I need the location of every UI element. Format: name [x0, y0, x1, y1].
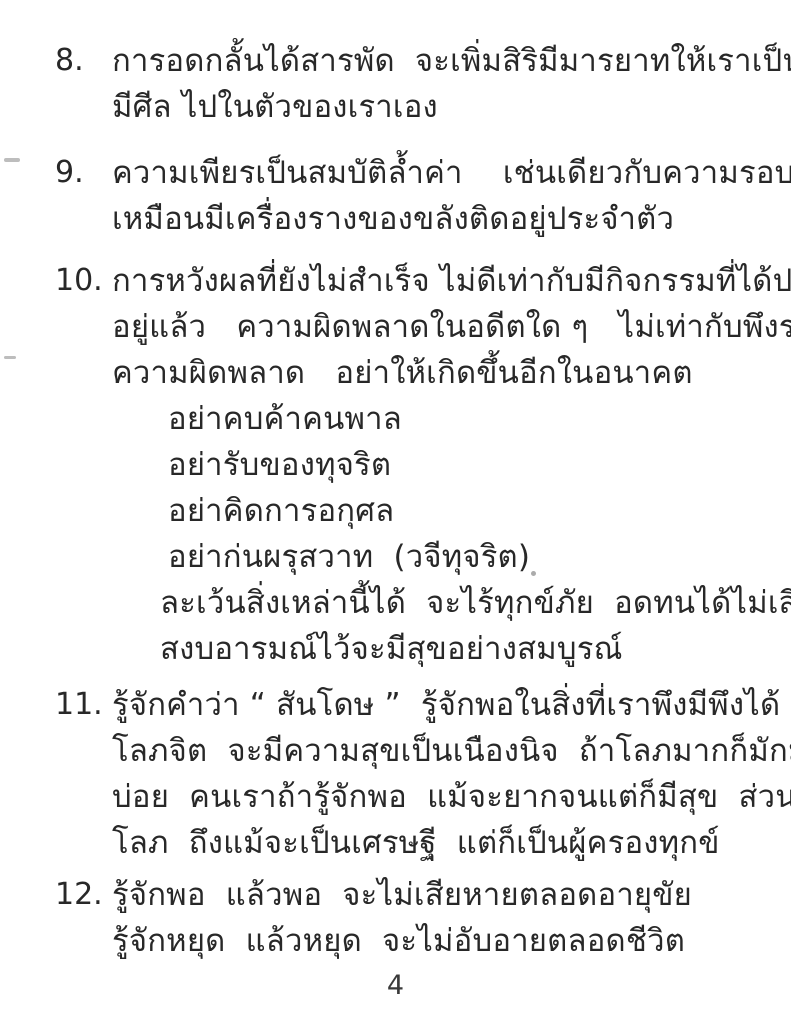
text-line: การอดกลั้นได้สารพัด จะเพิ่มสิริมีมารยาทใ… — [112, 38, 791, 84]
text-line: รู้จักหยุด แล้วหยุด จะไม่อับอายตลอดชีวิต — [112, 918, 791, 964]
item-number: 10. — [55, 258, 103, 304]
text-line-indented: สงบอารมณ์ไว้จะมีสุขอย่างสมบูรณ์ — [160, 626, 791, 672]
text-line: ความผิดพลาด อย่าให้เกิดขึ้นอีกในอนาคต — [112, 350, 791, 396]
item-number: 9. — [55, 150, 84, 196]
item-number: 8. — [55, 38, 84, 84]
item-number: 12. — [55, 872, 103, 918]
document-page: 8. การอดกลั้นได้สารพัด จะเพิ่มสิริมีมารย… — [0, 0, 791, 1024]
text-line-indented: อย่าคิดการอกุศล — [168, 488, 791, 534]
page-number: 4 — [0, 970, 791, 1001]
list-item-9: 9. ความเพียรเป็นสมบัติล้ำค่า เช่นเดียวกั… — [0, 150, 791, 242]
text-line-indented: อย่าก่นผรุสวาท (วจีทุจริต) — [168, 534, 791, 580]
text-line: รู้จักพอ แล้วพอ จะไม่เสียหายตลอดอายุขัย — [112, 872, 791, 918]
list-item-10: 10. การหวังผลที่ยังไม่สำเร็จ ไม่ดีเท่ากั… — [0, 258, 791, 672]
list-item-8: 8. การอดกลั้นได้สารพัด จะเพิ่มสิริมีมารย… — [0, 38, 791, 130]
text-line: ความเพียรเป็นสมบัติล้ำค่า เช่นเดียวกับคว… — [112, 150, 791, 196]
list-item-11: 11. รู้จักคำว่า “ สันโดษ ” รู้จักพอในสิ่… — [0, 682, 791, 866]
scan-artifact — [531, 571, 536, 576]
text-line-indented: ละเว้นสิ่งเหล่านี้ได้ จะไร้ทุกข์ภัย อดทน… — [160, 580, 791, 626]
text-line: โลภ ถึงแม้จะเป็นเศรษฐี แต่ก็เป็นผู้ครองท… — [112, 820, 791, 866]
text-line: โลภจิต จะมีความสุขเป็นเนืองนิจ ถ้าโลภมาก… — [112, 728, 791, 774]
text-line: อยู่แล้ว ความผิดพลาดในอดีตใด ๆ ไม่เท่ากั… — [112, 304, 791, 350]
text-line: เหมือนมีเครื่องรางของขลังติดอยู่ประจำตัว — [112, 196, 791, 242]
text-line: มีศีล ไปในตัวของเราเอง — [112, 84, 791, 130]
scan-artifact — [4, 158, 20, 162]
text-line: บ่อย คนเราถ้ารู้จักพอ แม้จะยากจนแต่ก็มีส… — [112, 774, 791, 820]
list-item-12: 12. รู้จักพอ แล้วพอ จะไม่เสียหายตลอดอายุ… — [0, 872, 791, 964]
scan-artifact — [4, 356, 16, 359]
item-number: 11. — [55, 682, 103, 728]
text-line-indented: อย่ารับของทุจริต — [168, 442, 791, 488]
text-line-indented: อย่าคบค้าคนพาล — [168, 396, 791, 442]
text-line: การหวังผลที่ยังไม่สำเร็จ ไม่ดีเท่ากับมีก… — [112, 258, 791, 304]
text-line: รู้จักคำว่า “ สันโดษ ” รู้จักพอในสิ่งที่… — [112, 682, 791, 728]
